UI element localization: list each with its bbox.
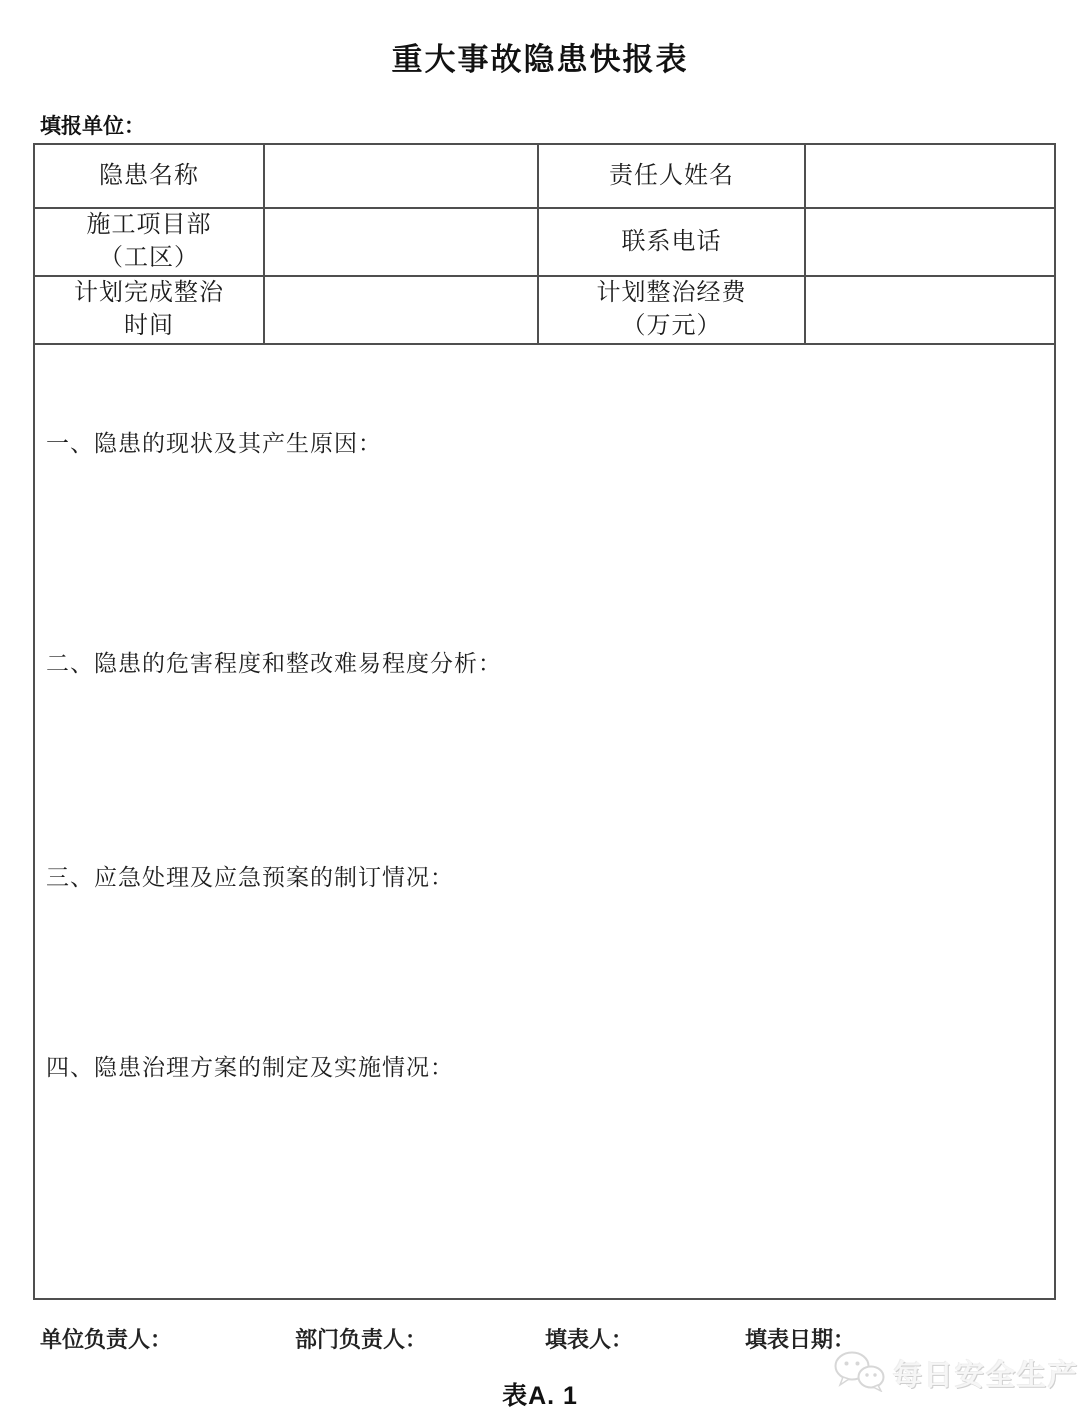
planned-completion-time-label-line2: 时间 [35,310,263,343]
unit-head-label: 单位负责人： [40,1323,172,1354]
responsible-person-label: 责任人姓名 [538,144,805,208]
table-row: 计划完成整治 时间 计划整治经费 （万元） [34,276,1055,344]
planned-completion-time-input[interactable] [264,276,538,344]
page-title: 重大事故隐患快报表 [0,34,1080,79]
hazard-name-label: 隐患名称 [34,144,264,208]
table-row: 施工项目部 （工区） 联系电话 [34,208,1055,276]
project-dept-input[interactable] [264,208,538,276]
responsible-person-label-text: 责任人姓名 [539,160,804,193]
project-dept-label-line2: （工区） [35,242,263,275]
wechat-icon [833,1350,885,1397]
watermark-text: 每日安全生产 [893,1353,1079,1394]
contact-phone-label-text: 联系电话 [539,226,804,259]
hazard-name-label-text: 隐患名称 [35,160,263,193]
contact-phone-label: 联系电话 [538,208,805,276]
contact-phone-input[interactable] [805,208,1055,276]
planned-budget-label-line1: 计划整治经费 [539,277,804,310]
responsible-person-input[interactable] [805,144,1055,208]
document-page: 重大事故隐患快报表 填报单位： 隐患名称 责任人姓名 施工项目部 [0,0,1080,1421]
section-1-heading: 一、隐患的现状及其产生原因： [46,431,382,457]
hazard-detail-area[interactable]: 一、隐患的现状及其产生原因： 二、隐患的危害程度和整改难易程度分析： 三、应急处… [34,344,1055,1299]
table-row: 隐患名称 责任人姓名 [34,144,1055,208]
section-4-heading: 四、隐患治理方案的制定及实施情况： [46,1055,454,1081]
table-row: 一、隐患的现状及其产生原因： 二、隐患的危害程度和整改难易程度分析： 三、应急处… [34,344,1055,1299]
project-dept-label: 施工项目部 （工区） [34,208,264,276]
section-2-heading: 二、隐患的危害程度和整改难易程度分析： [46,651,502,677]
project-dept-label-line1: 施工项目部 [35,209,263,242]
section-3-heading: 三、应急处理及应急预案的制订情况： [46,865,454,891]
planned-budget-input[interactable] [805,276,1055,344]
planned-completion-time-label: 计划完成整治 时间 [34,276,264,344]
planned-budget-label: 计划整治经费 （万元） [538,276,805,344]
hazard-report-table: 隐患名称 责任人姓名 施工项目部 （工区） 联系电话 [33,143,1056,1300]
watermark: 每日安全生产 [833,1350,1079,1397]
planned-budget-label-line2: （万元） [539,310,804,343]
form-filler-label: 填表人： [545,1323,633,1354]
dept-head-label: 部门负责人： [295,1323,427,1354]
planned-completion-time-label-line1: 计划完成整治 [35,277,263,310]
signature-row: 单位负责人： 部门负责人： 填表人： 填表日期： [0,1323,1080,1353]
hazard-name-input[interactable] [264,144,538,208]
reporting-unit-label: 填报单位： [40,110,145,140]
